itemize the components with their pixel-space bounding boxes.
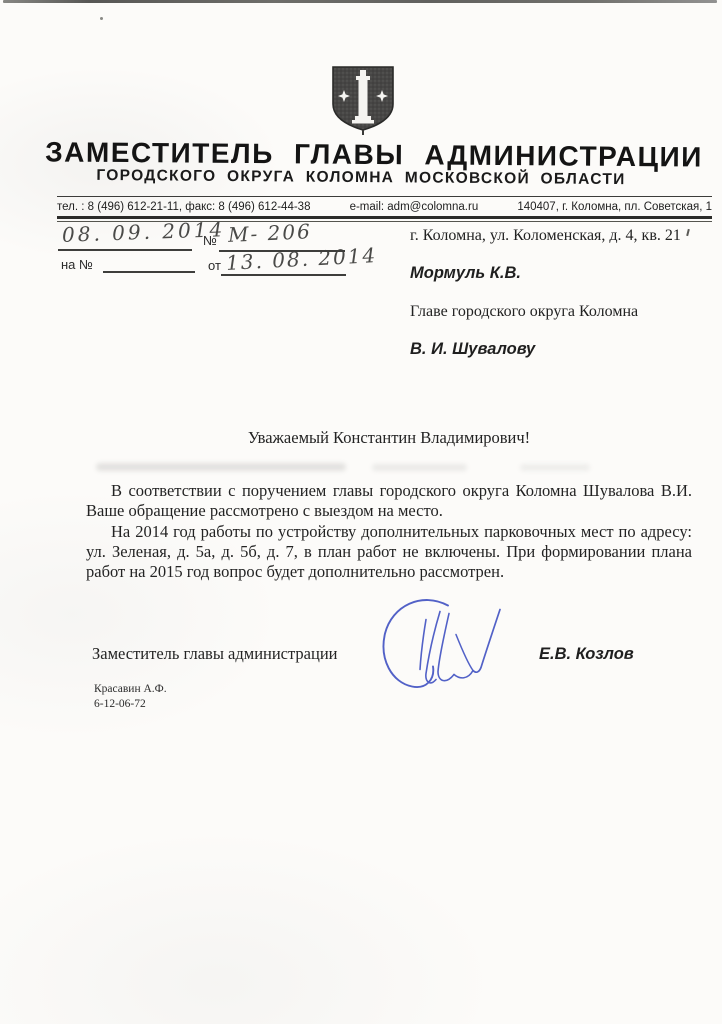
letterhead-email: e-mail: adm@colomna.ru: [350, 201, 479, 213]
incoming-date-handwritten: 13. 08. 2014: [225, 243, 377, 275]
outgoing-number-handwritten: М- 206: [228, 219, 313, 247]
scan-tick-artifact: [686, 229, 690, 236]
incoming-number-label: на №: [61, 257, 93, 272]
scanned-letter-page: ЗАМЕСТИТЕЛЬ ГЛАВЫ АДМИНИСТРАЦИИ ГОРОДСКО…: [0, 0, 722, 1024]
letter-body: В соответствии с поручением главы городс…: [86, 481, 692, 582]
ink-bleed-artifact: [520, 464, 590, 471]
letterhead-postal-address: 140407, г. Коломна, пл. Советская, 1: [517, 201, 712, 213]
executor-name: Красавин А.Ф.: [94, 682, 167, 697]
copy-to-name: В. И. Шувалову: [410, 340, 535, 359]
copy-to-title: Главе городского округа Коломна: [410, 303, 638, 321]
addressee-name: Мормуль К.В.: [410, 264, 521, 283]
addressee-address: г. Коломна, ул. Коломенская, д. 4, кв. 2…: [410, 227, 681, 245]
letter-paragraph: В соответствии с поручением главы городс…: [86, 481, 692, 522]
letterhead-divider-thick: [57, 216, 712, 219]
executor-block: Красавин А.Ф. 6-12-06-72: [94, 682, 167, 712]
letterhead-contact-row: тел. : 8 (496) 612-21-11, факс: 8 (496) …: [57, 196, 712, 213]
executor-phone: 6-12-06-72: [94, 697, 167, 712]
form-underline: [103, 271, 195, 273]
signature-stroke: [420, 620, 426, 670]
letterhead-phone-fax: тел. : 8 (496) 612-21-11, факс: 8 (496) …: [57, 201, 310, 213]
kolomna-coat-of-arms-icon: [330, 64, 396, 136]
letter-paragraph: На 2014 год работы по устройству дополни…: [86, 522, 692, 583]
signature-stroke: [456, 635, 473, 671]
handwritten-signature-icon: [376, 589, 506, 695]
ink-bleed-artifact: [96, 463, 346, 471]
signer-position-title: Заместитель главы администрации: [92, 644, 338, 664]
scan-edge-artifact: [3, 0, 717, 3]
number-sign-label: №: [203, 233, 217, 248]
form-underline: [58, 249, 192, 251]
signature-stroke: [438, 614, 454, 681]
signature-stroke: [473, 610, 500, 673]
scan-speck-artifact: [100, 17, 103, 20]
ink-bleed-artifact: [372, 464, 467, 471]
incoming-from-label: от: [208, 258, 221, 273]
form-underline: [221, 274, 346, 276]
signer-name: Е.В. Козлов: [539, 645, 634, 664]
signature-stroke: [454, 671, 473, 678]
form-underline: [219, 250, 345, 252]
outgoing-date-handwritten: 08. 09. 2014: [62, 217, 226, 247]
salutation: Уважаемый Константин Владимирович!: [86, 428, 692, 448]
